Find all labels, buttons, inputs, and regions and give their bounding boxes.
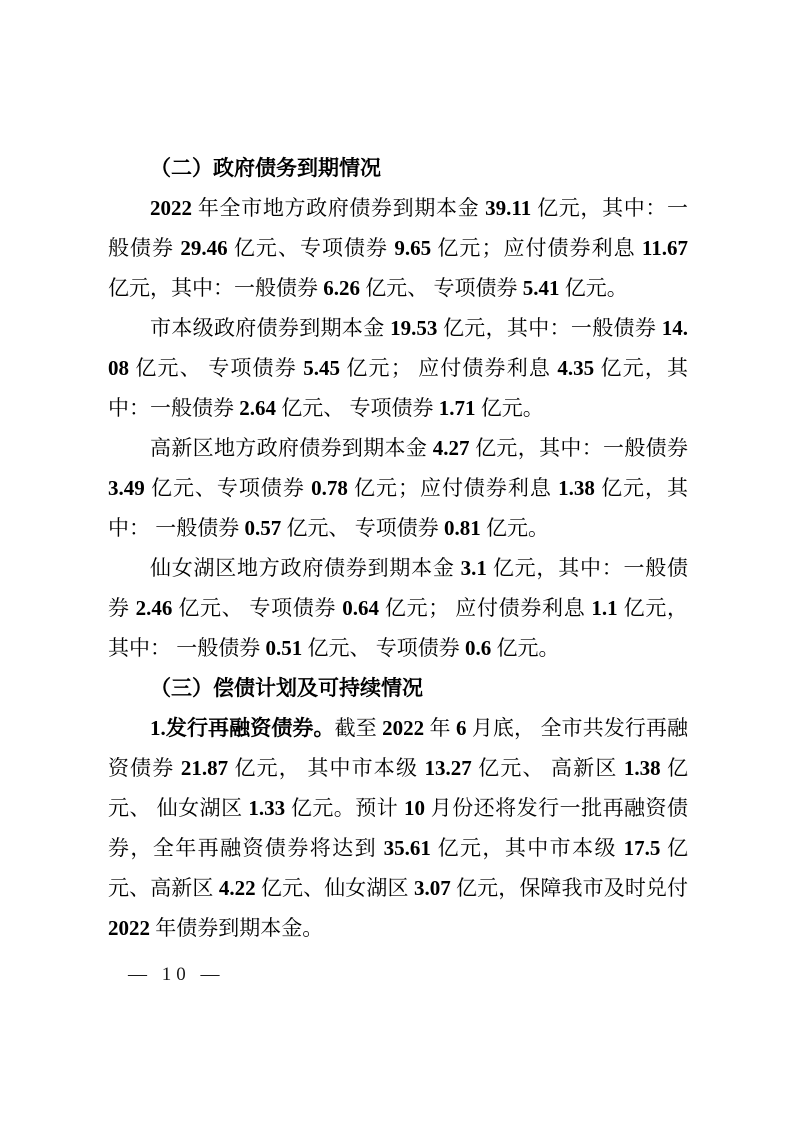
bold-text-run: 1.38: [624, 756, 661, 780]
text-run: 亿元、 专项债券: [281, 516, 444, 540]
text-run: 亿元、 专项债券: [129, 356, 303, 380]
bold-text-run: 2.64: [239, 396, 276, 420]
text-run: 亿元、 专项债券: [172, 596, 342, 620]
bold-text-run: 3.49: [108, 476, 145, 500]
text-run: 亿元，保障我市及时兑付: [451, 876, 688, 900]
text-run: 亿元、 专项债券: [276, 396, 439, 420]
bold-text-run: （三）偿债计划及可持续情况: [150, 676, 423, 700]
bold-text-run: 2022: [108, 916, 150, 940]
text-run: 亿元，其中：一般债券: [437, 316, 661, 340]
bold-text-run: 4.35: [557, 356, 594, 380]
bold-text-run: 9.65: [394, 236, 431, 260]
bold-text-run: 29.46: [180, 236, 227, 260]
bold-text-run: 3.1: [461, 556, 487, 580]
text-run: 亿元， 其中市本级: [228, 756, 424, 780]
text-run: 年全市地方政府债券到期本金: [192, 196, 485, 220]
bold-text-run: 1.33: [248, 796, 285, 820]
bold-text-run: 0.64: [342, 596, 379, 620]
section-heading-repayment-plan: （三）偿债计划及可持续情况: [108, 668, 688, 708]
paragraph-municipal-debt-maturity: 市本级政府债券到期本金 19.53 亿元，其中：一般债券 14.08 亿元、 专…: [108, 308, 688, 428]
bold-text-run: 13.27: [425, 756, 472, 780]
text-run: 亿元、仙女湖区: [256, 876, 414, 900]
document-page: （二）政府债务到期情况 2022 年全市地方政府债券到期本金 39.11 亿元，…: [0, 0, 793, 1122]
bold-text-run: 4.27: [433, 436, 470, 460]
text-run: 高新区地方政府债券到期本金: [150, 436, 433, 460]
bold-text-run: 0.81: [444, 516, 481, 540]
bold-text-run: 1.发行再融资债券。: [150, 716, 335, 740]
bold-text-run: 0.6: [465, 636, 491, 660]
bold-text-run: 11.67: [642, 236, 688, 260]
text-run: 亿元、专项债券: [145, 476, 311, 500]
bold-text-run: 1.71: [439, 396, 476, 420]
text-run: 截至: [335, 716, 383, 740]
bold-text-run: 35.61: [384, 836, 431, 860]
text-run: 亿元。: [481, 516, 549, 540]
text-run: 亿元、专项债券: [228, 236, 395, 260]
text-run: 亿元；应付债券利息: [348, 476, 558, 500]
text-run: 年: [424, 716, 456, 740]
text-run: 市本级政府债券到期本金: [150, 316, 390, 340]
bold-text-run: 17.5: [624, 836, 661, 860]
section-heading-debt-maturity: （二）政府债务到期情况: [108, 148, 688, 188]
text-run: 亿元； 应付债券利息: [340, 356, 557, 380]
text-run: 亿元。: [560, 276, 628, 300]
bold-text-run: 2022: [150, 196, 192, 220]
text-run: 亿元。: [491, 636, 559, 660]
document-body: （二）政府债务到期情况 2022 年全市地方政府债券到期本金 39.11 亿元，…: [108, 148, 688, 948]
bold-text-run: 10: [404, 796, 425, 820]
bold-text-run: （二）政府债务到期情况: [150, 156, 381, 180]
text-run: 亿元，其中：一般债券: [108, 276, 323, 300]
text-run: 亿元，其中：一般债券: [470, 436, 688, 460]
bold-text-run: 39.11: [485, 196, 531, 220]
paragraph-refinancing-bonds: 1.发行再融资债券。截至 2022 年 6 月底， 全市共发行再融资债券 21.…: [108, 708, 688, 948]
text-run: 亿元。: [476, 396, 544, 420]
bold-text-run: 5.41: [523, 276, 560, 300]
paragraph-citywide-debt-maturity: 2022 年全市地方政府债券到期本金 39.11 亿元，其中：一般债券 29.4…: [108, 188, 688, 308]
text-run: 亿元，其中市本级: [431, 836, 624, 860]
bold-text-run: 6.26: [323, 276, 360, 300]
bold-text-run: 1.1: [591, 596, 617, 620]
paragraph-xiannvhu-district-debt-maturity: 仙女湖区地方政府债券到期本金 3.1 亿元，其中：一般债券 2.46 亿元、 专…: [108, 548, 688, 668]
text-run: 亿元、 高新区: [472, 756, 624, 780]
text-run: 仙女湖区地方政府债券到期本金: [150, 556, 461, 580]
bold-text-run: 1.38: [558, 476, 595, 500]
paragraph-hightech-zone-debt-maturity: 高新区地方政府债券到期本金 4.27 亿元，其中：一般债券 3.49 亿元、专项…: [108, 428, 688, 548]
text-run: 亿元； 应付债券利息: [379, 596, 591, 620]
bold-text-run: 19.53: [390, 316, 437, 340]
bold-text-run: 3.07: [414, 876, 451, 900]
bold-text-run: 0.57: [245, 516, 282, 540]
bold-text-run: 2.46: [136, 596, 173, 620]
text-run: 亿元；应付债券利息: [431, 236, 642, 260]
bold-text-run: 0.78: [311, 476, 348, 500]
text-run: 年债券到期本金。: [150, 916, 323, 940]
text-run: 亿元、 专项债券: [302, 636, 465, 660]
bold-text-run: 0.51: [266, 636, 303, 660]
bold-text-run: 4.22: [219, 876, 256, 900]
bold-text-run: 21.87: [181, 756, 228, 780]
bold-text-run: 6: [456, 716, 467, 740]
text-run: 亿元。预计: [285, 796, 404, 820]
bold-text-run: 5.45: [303, 356, 340, 380]
text-run: 亿元、 专项债券: [360, 276, 523, 300]
bold-text-run: 2022: [382, 716, 424, 740]
page-number: — 10 —: [128, 962, 225, 988]
